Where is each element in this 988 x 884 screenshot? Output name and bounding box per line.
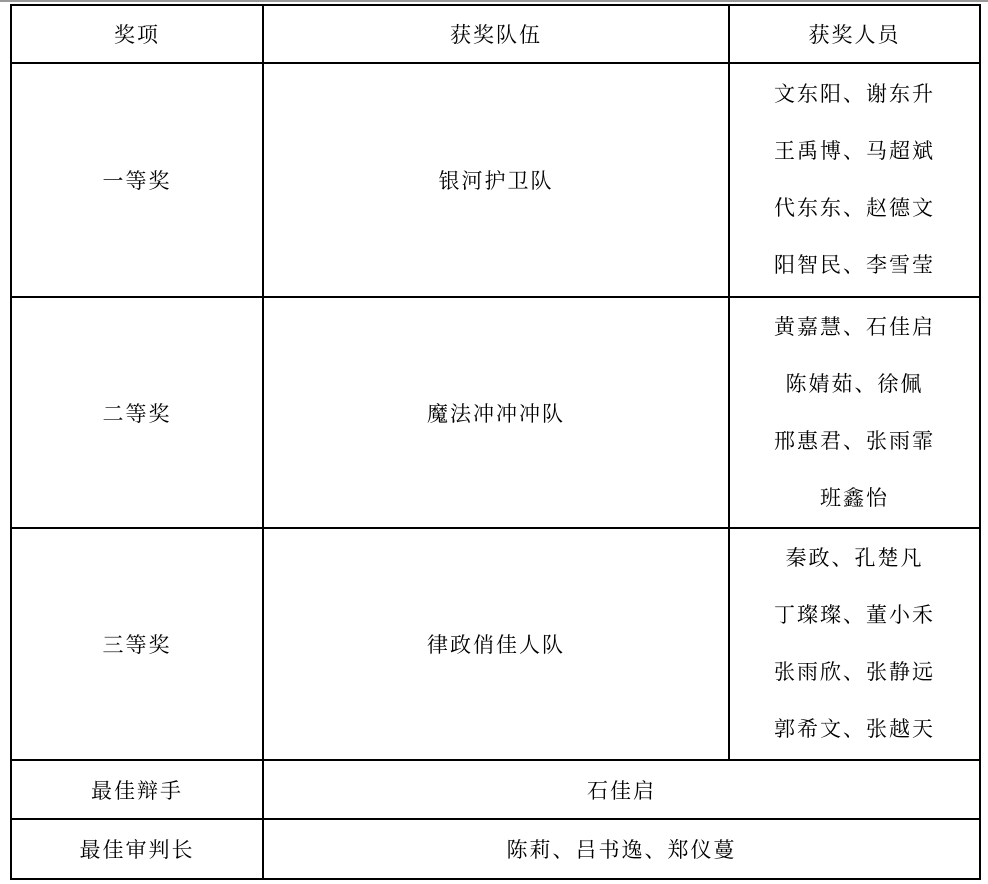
award-cell: 三等奖	[11, 528, 263, 760]
team-cell: 魔法冲冲冲队	[263, 297, 729, 528]
member-line: 王禹博、马超斌	[730, 123, 979, 180]
award-cell: 二等奖	[11, 297, 263, 528]
table-row-third-prize: 三等奖 律政俏佳人队 秦政、孔楚凡 丁璨璨、董小禾 张雨欣、张静远 郭希文、张越…	[11, 528, 980, 760]
header-award: 奖项	[11, 5, 263, 63]
award-cell: 一等奖	[11, 63, 263, 297]
header-row: 奖项 获奖队伍 获奖人员	[11, 5, 980, 63]
member-line: 代东东、赵德文	[730, 180, 979, 237]
recipients-cell: 陈莉、吕书逸、郑仪蔓	[263, 819, 980, 879]
table-row-first-prize: 一等奖 银河护卫队 文东阳、谢东升 王禹博、马超斌 代东东、赵德文 阳智民、李雪…	[11, 63, 980, 297]
members-cell: 黄嘉慧、石佳启 陈婧茹、徐佩 邢惠君、张雨霏 班鑫怡	[729, 297, 980, 528]
header-team: 获奖队伍	[263, 5, 729, 63]
award-cell: 最佳辩手	[11, 760, 263, 819]
member-line: 郭希文、张越天	[730, 701, 979, 758]
member-line: 文东阳、谢东升	[730, 66, 979, 123]
recipients-cell: 石佳启	[263, 760, 980, 819]
team-cell: 律政俏佳人队	[263, 528, 729, 760]
members-cell: 秦政、孔楚凡 丁璨璨、董小禾 张雨欣、张静远 郭希文、张越天	[729, 528, 980, 760]
document-page: 奖项 获奖队伍 获奖人员 一等奖 银河护卫队 文东阳、谢东升 王禹博、马超斌 代…	[0, 0, 988, 884]
member-line: 邢惠君、张雨霏	[730, 413, 979, 470]
member-line: 阳智民、李雪莹	[730, 237, 979, 294]
member-line: 陈婧茹、徐佩	[730, 356, 979, 413]
header-members: 获奖人员	[729, 5, 980, 63]
member-line: 秦政、孔楚凡	[730, 530, 979, 587]
screenshot-top-edge	[0, 0, 988, 2]
team-cell: 银河护卫队	[263, 63, 729, 297]
awards-table: 奖项 获奖队伍 获奖人员 一等奖 银河护卫队 文东阳、谢东升 王禹博、马超斌 代…	[10, 4, 981, 880]
award-cell: 最佳审判长	[11, 819, 263, 879]
table-row-second-prize: 二等奖 魔法冲冲冲队 黄嘉慧、石佳启 陈婧茹、徐佩 邢惠君、张雨霏 班鑫怡	[11, 297, 980, 528]
member-line: 班鑫怡	[730, 470, 979, 527]
member-line: 张雨欣、张静远	[730, 644, 979, 701]
table-row-best-judge: 最佳审判长 陈莉、吕书逸、郑仪蔓	[11, 819, 980, 879]
member-line: 黄嘉慧、石佳启	[730, 299, 979, 356]
members-cell: 文东阳、谢东升 王禹博、马超斌 代东东、赵德文 阳智民、李雪莹	[729, 63, 980, 297]
table-row-best-debater: 最佳辩手 石佳启	[11, 760, 980, 819]
member-line: 丁璨璨、董小禾	[730, 587, 979, 644]
